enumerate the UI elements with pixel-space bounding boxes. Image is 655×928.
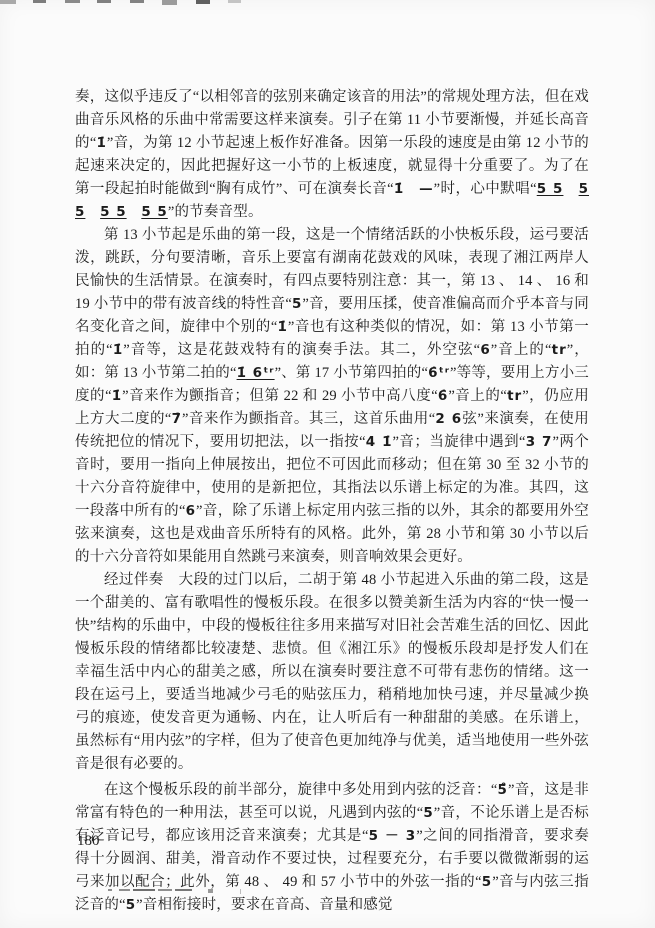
page-text-block: 奏，这似乎违反了“以相邻音的弦别来确定该音的用法”的常规处理方法，但在戏曲音乐风… xyxy=(75,86,589,917)
paragraph-4: 在这个慢板乐段的前半部分，旋律中多处用到内弦的泛音：“5̊”音，这是非常富有特色… xyxy=(75,779,589,917)
paragraph-1: 奏，这似乎违反了“以相邻音的弦别来确定该音的用法”的常规处理方法，但在戏曲音乐风… xyxy=(75,86,589,224)
paragraph-2: 第 13 小节起是乐曲的第一段，这是一个情绪活跃的小快板乐段，运弓要活泼，跳跃，… xyxy=(75,224,589,569)
paragraph-3: 经过伴奏 大段的过门以后，二胡于第 48 小节起进入乐曲的第二段，这是一个甜美的… xyxy=(75,569,589,776)
book-page: 奏，这似乎违反了“以相邻音的弦别来确定该音的用法”的常规处理方法，但在戏曲音乐风… xyxy=(0,0,655,928)
page-number: 180 xyxy=(77,833,100,850)
